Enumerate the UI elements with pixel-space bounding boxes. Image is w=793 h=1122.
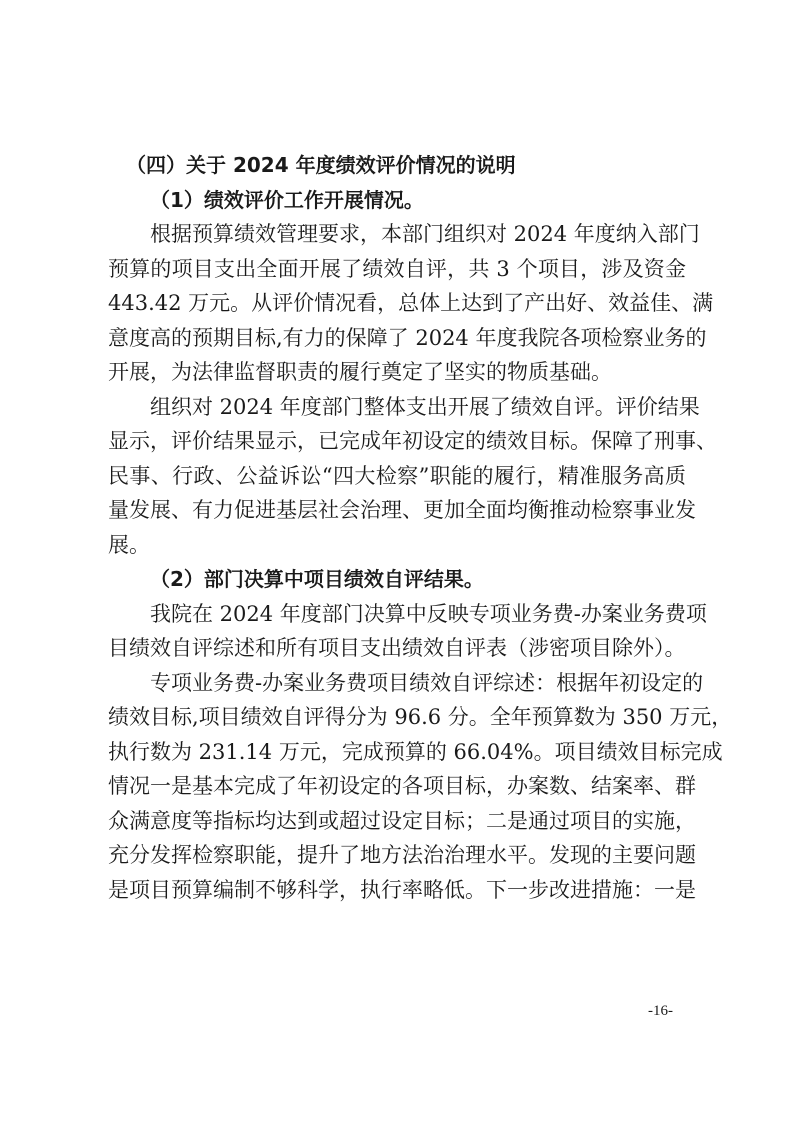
text-line: 根据预算绩效管理要求，本部门组织对 2024 年度纳入部门 <box>108 217 686 252</box>
page-number: -16- <box>648 1003 673 1020</box>
text-line: 专项业务费-办案业务费项目绩效自评综述：根据年初设定的 <box>108 666 686 701</box>
text-line: 展。 <box>108 528 686 563</box>
text-line: 组织对 2024 年度部门整体支出开展了绩效自评。评价结果 <box>108 390 686 425</box>
section-heading: （四）关于 2024 年度绩效评价情况的说明 <box>108 148 686 183</box>
subsection-heading-1: （1）绩效评价工作开展情况。 <box>108 183 686 218</box>
paragraph-project-summary: 专项业务费-办案业务费项目绩效自评综述：根据年初设定的 绩效目标,项目绩效自评得… <box>108 666 686 908</box>
text-line: 充分发挥检察职能，提升了地方法治治理水平。发现的主要问题 <box>108 838 686 873</box>
text-line: 众满意度等指标均达到或超过设定目标；二是通过项目的实施， <box>108 804 686 839</box>
text-line: 443.42 万元。从评价情况看，总体上达到了产出好、效益佳、满 <box>108 286 686 321</box>
document-page: （四）关于 2024 年度绩效评价情况的说明 （1）绩效评价工作开展情况。 根据… <box>108 148 686 907</box>
subsection-heading-2: （2）部门决算中项目绩效自评结果。 <box>108 562 686 597</box>
text-line: 开展，为法律监督职责的履行奠定了坚实的物质基础。 <box>108 355 686 390</box>
text-line: 绩效目标,项目绩效自评得分为 96.6 分。全年预算数为 350 万元， <box>108 700 686 735</box>
paragraph-final-accounts: 我院在 2024 年度部门决算中反映专项业务费-办案业务费项 目绩效自评综述和所… <box>108 597 686 666</box>
text-line: 量发展、有力促进基层社会治理、更加全面均衡推动检察事业发 <box>108 493 686 528</box>
text-line: 是项目预算编制不够科学，执行率略低。下一步改进措施：一是 <box>108 873 686 908</box>
text-line: 预算的项目支出全面开展了绩效自评，共 3 个项目，涉及资金 <box>108 252 686 287</box>
text-line: 民事、行政、公益诉讼“四大检察”职能的履行，精准服务高质 <box>108 459 686 494</box>
text-line: 我院在 2024 年度部门决算中反映专项业务费-办案业务费项 <box>108 597 686 632</box>
text-line: 意度高的预期目标,有力的保障了 2024 年度我院各项检察业务的 <box>108 321 686 356</box>
paragraph-evaluation-overview: 根据预算绩效管理要求，本部门组织对 2024 年度纳入部门 预算的项目支出全面开… <box>108 217 686 390</box>
text-line: 情况一是基本完成了年初设定的各项目标，办案数、结案率、群 <box>108 769 686 804</box>
paragraph-overall-expenditure: 组织对 2024 年度部门整体支出开展了绩效自评。评价结果 显示，评价结果显示，… <box>108 390 686 563</box>
text-line: 显示，评价结果显示，已完成年初设定的绩效目标。保障了刑事、 <box>108 424 686 459</box>
text-line: 执行数为 231.14 万元，完成预算的 66.04%。项目绩效目标完成 <box>108 735 686 770</box>
text-line: 目绩效自评综述和所有项目支出绩效自评表（涉密项目除外）。 <box>108 631 686 666</box>
